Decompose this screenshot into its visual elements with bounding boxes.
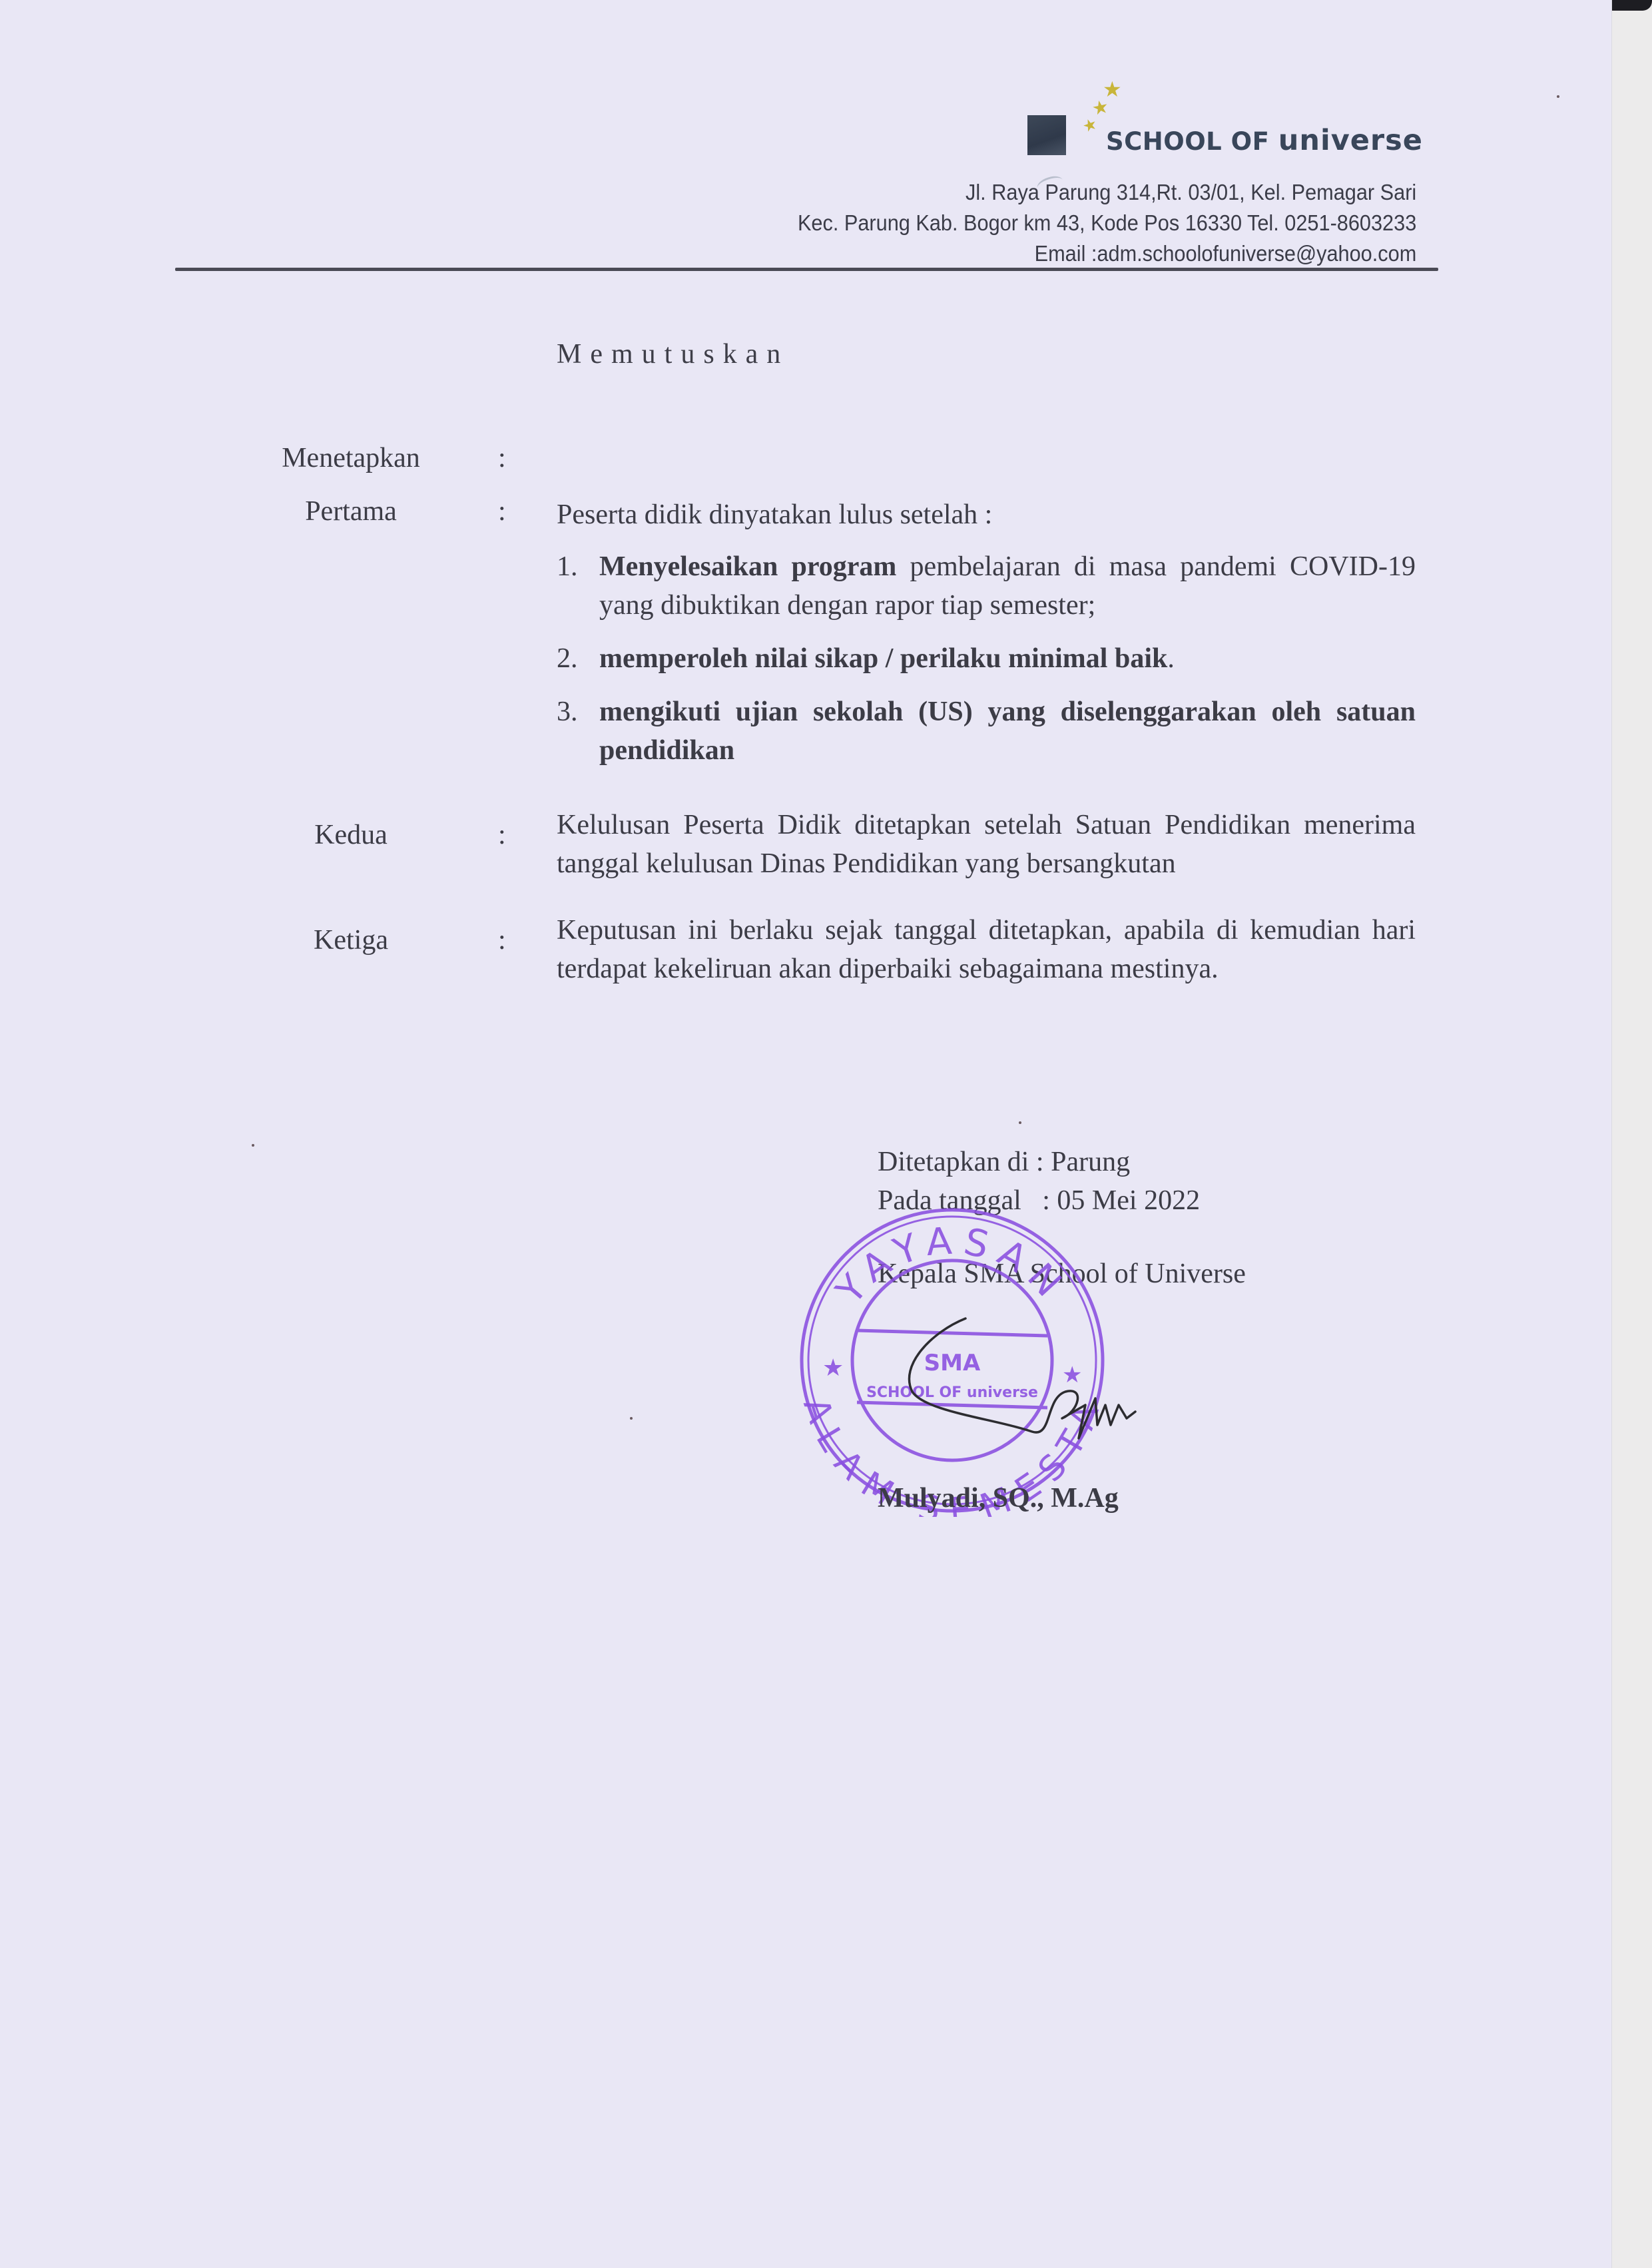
scan-speck <box>1557 95 1559 98</box>
scan-edge-strip <box>1611 0 1652 2268</box>
section-label: Menetapkan <box>251 442 451 474</box>
list-item: 3.mengikuti ujian sekolah (US) yang dise… <box>557 693 1416 770</box>
scan-speck <box>252 1144 254 1147</box>
list-item: 1.Menyelesaikan program pembelajaran di … <box>557 547 1416 625</box>
school-address: Jl. Raya Parung 314,Rt. 03/01, Kel. Pema… <box>798 177 1416 269</box>
section-text: Keputusan ini berlaku sejak tanggal dite… <box>557 911 1416 988</box>
scan-corner-shadow <box>1612 0 1652 11</box>
address-line: Jl. Raya Parung 314,Rt. 03/01, Kel. Pema… <box>798 177 1416 208</box>
logo-square-icon <box>1027 115 1066 155</box>
section-colon: : <box>498 442 506 474</box>
logo-wordmark: SCHOOL OF universe <box>1106 124 1423 157</box>
graduation-requirements-list: 1.Menyelesaikan program pembelajaran di … <box>557 547 1416 770</box>
address-line: Kec. Parung Kab. Bogor km 43, Kode Pos 1… <box>798 208 1416 238</box>
signer-name: Mulyadi, SQ., M.Ag <box>878 1482 1119 1514</box>
section-colon: : <box>498 819 506 851</box>
section-text: Peserta didik dinyatakan lulus setelah : <box>557 495 1416 534</box>
section-text: Kelulusan Peserta Didik ditetapkan setel… <box>557 806 1416 883</box>
scan-speck <box>630 1417 633 1420</box>
email-line: Email :adm.schoolofuniverse@yahoo.com <box>798 238 1416 269</box>
stamp-top-arc-text: YAYASAN <box>828 1219 1076 1312</box>
svg-text:YAYASAN: YAYASAN <box>828 1219 1076 1312</box>
document-title: Memutuskan <box>557 338 789 370</box>
place-line: Ditetapkan di : Parung <box>878 1143 1246 1181</box>
section-colon: : <box>498 495 506 527</box>
header-divider <box>175 268 1438 271</box>
star-icon: ★ <box>822 1354 844 1382</box>
section-label: Pertama <box>251 495 451 527</box>
scan-speck <box>1019 1121 1021 1124</box>
section-label: Ketiga <box>251 924 451 956</box>
handwritten-signature <box>886 1312 1139 1445</box>
school-logo: ★ ★ ★ SCHOOL OF universe <box>1027 73 1427 160</box>
list-item: 2.memperoleh nilai sikap / perilaku mini… <box>557 639 1416 678</box>
section-colon: : <box>498 924 506 956</box>
section-label: Kedua <box>251 819 451 851</box>
